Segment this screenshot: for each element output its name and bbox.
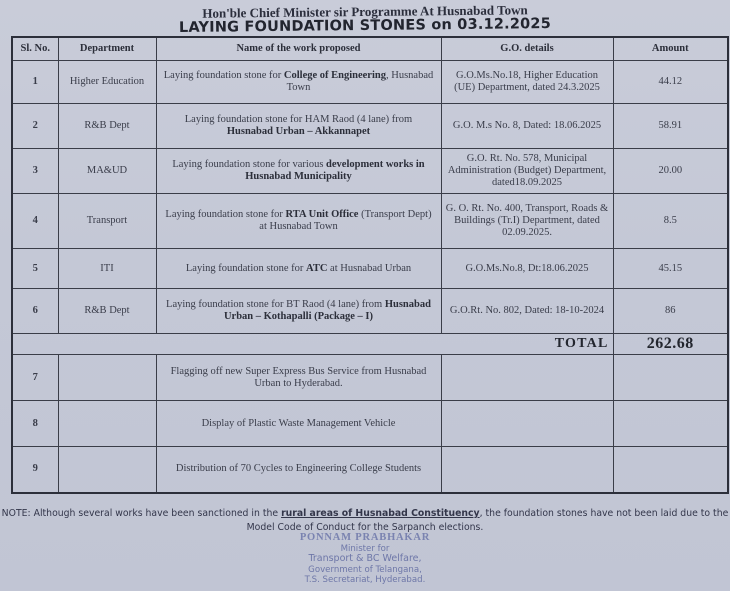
sl-no-cell: 6 xyxy=(12,289,58,334)
go-details-cell xyxy=(441,447,613,493)
sl-no-cell: 5 xyxy=(12,249,58,289)
department-cell xyxy=(58,401,156,447)
amount-cell xyxy=(613,447,728,493)
amount-cell xyxy=(613,401,728,447)
sl-no-cell: 9 xyxy=(12,447,58,493)
go-details-cell xyxy=(441,355,613,401)
go-details-cell: G.O. Rt. No. 578, Municipal Administrati… xyxy=(441,149,613,194)
work-cell: Laying foundation stone for ATC at Husna… xyxy=(156,249,441,289)
work-text: Laying foundation stone for BT Raod (4 l… xyxy=(166,299,385,310)
column-header-work: Name of the work proposed xyxy=(156,37,441,61)
work-cell: Laying foundation stone for BT Raod (4 l… xyxy=(156,289,441,334)
amount-cell: 44.12 xyxy=(613,61,728,104)
work-text-bold: College of Engineering xyxy=(284,70,386,81)
go-details-cell: G.O.Ms.No.8, Dt:18.06.2025 xyxy=(441,249,613,289)
note-underlined: rural areas of Husnabad Constituency xyxy=(281,508,480,519)
table-row: 1 Higher Education Laying foundation sto… xyxy=(12,61,728,104)
signature-line-2: Transport & BC Welfare, xyxy=(0,554,730,565)
sl-no-cell: 1 xyxy=(12,61,58,104)
note-text: NOTE: Although several works have been s… xyxy=(0,507,730,535)
work-text: Laying foundation stone for HAM Raod (4 … xyxy=(185,114,412,125)
work-text: Laying foundation stone for xyxy=(164,70,284,81)
table-row: 6 R&B Dept Laying foundation stone for B… xyxy=(12,289,728,334)
amount-cell: 20.00 xyxy=(613,149,728,194)
department-cell: R&B Dept xyxy=(58,104,156,149)
table-row: 4 Transport Laying foundation stone for … xyxy=(12,194,728,249)
department-cell xyxy=(58,447,156,493)
department-cell: R&B Dept xyxy=(58,289,156,334)
work-text: Laying foundation stone for xyxy=(165,209,285,220)
work-cell: Distribution of 70 Cycles to Engineering… xyxy=(156,447,441,493)
total-row: TOTAL 262.68 xyxy=(12,334,728,355)
column-header-go-details: G.O. details xyxy=(441,37,613,61)
table-row: 7 Flagging off new Super Express Bus Ser… xyxy=(12,355,728,401)
sl-no-cell: 4 xyxy=(12,194,58,249)
sl-no-cell: 7 xyxy=(12,355,58,401)
sl-no-cell: 8 xyxy=(12,401,58,447)
amount-cell xyxy=(613,355,728,401)
amount-cell: 45.15 xyxy=(613,249,728,289)
work-cell: Display of Plastic Waste Management Vehi… xyxy=(156,401,441,447)
work-cell: Laying foundation stone for various deve… xyxy=(156,149,441,194)
table-row: 5 ITI Laying foundation stone for ATC at… xyxy=(12,249,728,289)
department-cell: ITI xyxy=(58,249,156,289)
work-cell: Laying foundation stone for College of E… xyxy=(156,61,441,104)
go-details-cell: G.O. M.s No. 8, Dated: 18.06.2025 xyxy=(441,104,613,149)
table-header-row: Sl. No. Department Name of the work prop… xyxy=(12,37,728,61)
foundation-stones-table: Sl. No. Department Name of the work prop… xyxy=(11,36,729,494)
work-text: Laying foundation stone for various xyxy=(172,159,326,170)
sl-no-cell: 2 xyxy=(12,104,58,149)
work-text-suffix: at Husnabad Urban xyxy=(327,263,411,274)
work-text-bold: RTA Unit Office xyxy=(286,209,359,220)
work-text-bold: ATC xyxy=(306,263,327,274)
column-header-sl-no: Sl. No. xyxy=(12,37,58,61)
signature-line-4: T.S. Secretariat, Hyderabad. xyxy=(0,575,730,586)
table-row: 2 R&B Dept Laying foundation stone for H… xyxy=(12,104,728,149)
work-cell: Laying foundation stone for RTA Unit Off… xyxy=(156,194,441,249)
sl-no-cell: 3 xyxy=(12,149,58,194)
go-details-cell: G.O.Ms.No.18, Higher Education (UE) Depa… xyxy=(441,61,613,104)
column-header-amount: Amount xyxy=(613,37,728,61)
column-header-department: Department xyxy=(58,37,156,61)
signature-line-3: Government of Telangana, xyxy=(0,565,730,576)
signature-name: PONNAM PRABHAKAR xyxy=(0,533,730,544)
work-cell: Flagging off new Super Express Bus Servi… xyxy=(156,355,441,401)
go-details-cell: G.O.Rt. No. 802, Dated: 18-10-2024 xyxy=(441,289,613,334)
total-value: 262.68 xyxy=(613,334,728,355)
table-row: 3 MA&UD Laying foundation stone for vari… xyxy=(12,149,728,194)
department-cell: MA&UD xyxy=(58,149,156,194)
table-row: 8 Display of Plastic Waste Management Ve… xyxy=(12,401,728,447)
note-prefix: NOTE: Although several works have been s… xyxy=(2,508,281,519)
amount-cell: 8.5 xyxy=(613,194,728,249)
work-cell: Laying foundation stone for HAM Raod (4 … xyxy=(156,104,441,149)
department-cell: Transport xyxy=(58,194,156,249)
table-row: 9 Distribution of 70 Cycles to Engineeri… xyxy=(12,447,728,493)
amount-cell: 58.91 xyxy=(613,104,728,149)
go-details-cell xyxy=(441,401,613,447)
go-details-cell: G. O. Rt. No. 400, Transport, Roads & Bu… xyxy=(441,194,613,249)
department-cell: Higher Education xyxy=(58,61,156,104)
total-label: TOTAL xyxy=(12,334,613,355)
work-text-bold: Husnabad Urban – Akkannapet xyxy=(227,126,370,137)
signature-stamp: PONNAM PRABHAKAR Minister for Transport … xyxy=(0,533,730,586)
department-cell xyxy=(58,355,156,401)
amount-cell: 86 xyxy=(613,289,728,334)
work-text: Laying foundation stone for xyxy=(186,263,306,274)
